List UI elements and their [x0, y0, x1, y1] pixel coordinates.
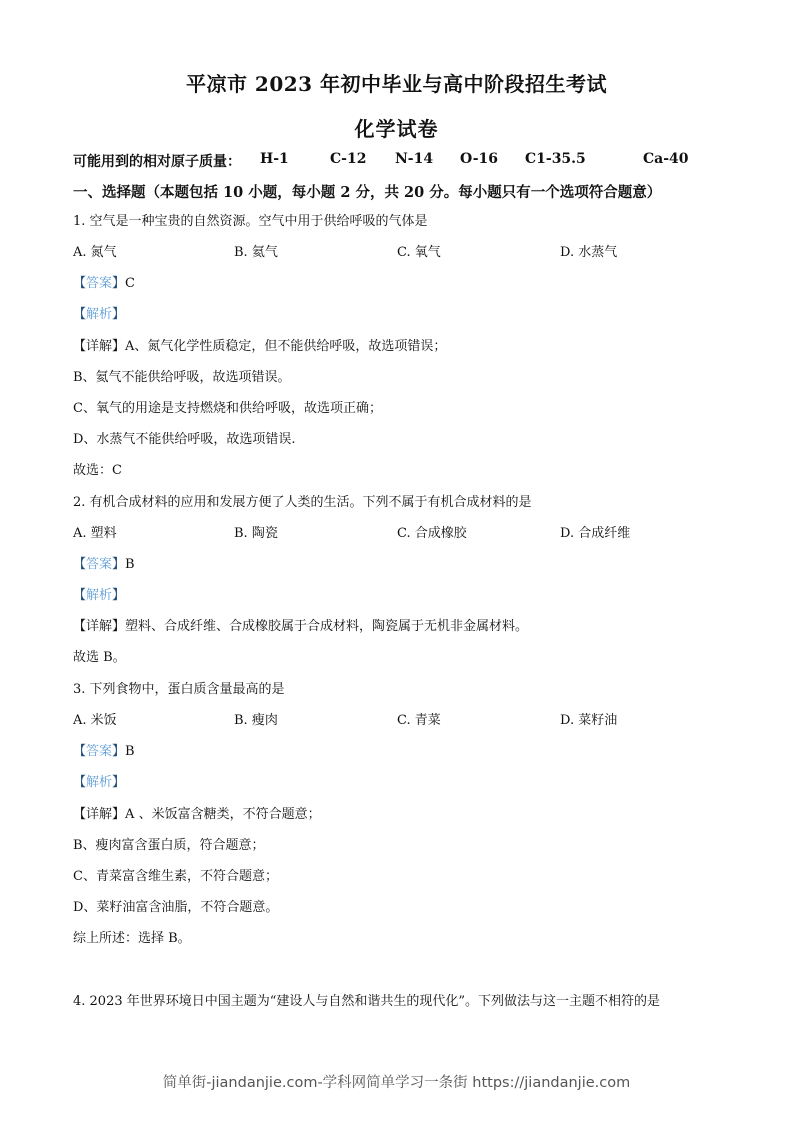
answer-value: B: [125, 557, 135, 572]
question-1-answer: 【答案】C: [73, 275, 135, 293]
atomic-mass-n: N-14: [395, 151, 433, 167]
atomic-mass-ca: Ca-40: [643, 151, 689, 167]
atomic-mass-h: H-1: [260, 151, 289, 167]
question-1-option-a: A. 氮气: [73, 244, 117, 262]
question-1-conclusion: 故选：C: [73, 462, 122, 480]
atomic-mass-o: O-16: [460, 151, 498, 167]
question-1-option-c: C. 氧气: [397, 244, 441, 262]
question-3-analysis-label: 【解析】: [73, 774, 125, 792]
question-3-detail-line: 【详解】A 、米饭富含糖类，不符合题意；: [73, 806, 321, 824]
question-3-option-b: B. 瘦肉: [234, 712, 278, 730]
atomic-masses-label: 可能用到的相对原子质量：: [73, 151, 241, 171]
question-3-option-a: A. 米饭: [73, 712, 117, 730]
question-1-detail-line: B、氦气不能供给呼吸，故选项错误。: [73, 369, 291, 387]
answer-value: B: [125, 744, 135, 759]
question-1-detail-line: 【详解】A、氮气化学性质稳定，但不能供给呼吸，故选项错误；: [73, 338, 446, 356]
page-subtitle: 化学试卷: [0, 113, 793, 142]
question-2-stem: 2. 有机合成材料的应用和发展方便了人类的生活。下列不属于有机合成材料的是: [73, 494, 532, 512]
question-3-conclusion: 综上所述：选择 B。: [73, 930, 191, 948]
question-2-analysis-label: 【解析】: [73, 587, 125, 605]
exam-page: 平凉市 2023 年初中毕业与高中阶段招生考试 化学试卷 可能用到的相对原子质量…: [0, 0, 793, 1122]
question-2-option-c: C. 合成橡胶: [397, 525, 467, 543]
section-heading: 一、选择题（本题包括 10 小题，每小题 2 分，共 20 分。每小题只有一个选…: [73, 181, 661, 202]
atomic-mass-cl: C1-35.5: [525, 151, 586, 167]
question-2-answer: 【答案】B: [73, 556, 135, 574]
question-1-option-d: D. 水蒸气: [560, 244, 617, 262]
page-title: 平凉市 2023 年初中毕业与高中阶段招生考试: [0, 68, 793, 97]
question-2-option-a: A. 塑料: [73, 525, 117, 543]
question-3-detail-line: D、菜籽油富含油脂，不符合题意。: [73, 899, 278, 917]
question-1-detail-line: C、氧气的用途是支持燃烧和供给呼吸，故选项正确；: [73, 400, 382, 418]
question-2-option-b: B. 陶瓷: [234, 525, 278, 543]
question-1-stem: 1. 空气是一种宝贵的自然资源。空气中用于供给呼吸的气体是: [73, 213, 428, 231]
question-1-option-b: B. 氦气: [234, 244, 278, 262]
question-3-detail-line: B、瘦肉富含蛋白质，符合题意；: [73, 837, 265, 855]
question-3-option-c: C. 青菜: [397, 712, 441, 730]
atomic-mass-c: C-12: [330, 151, 366, 167]
question-4-stem: 4. 2023 年世界环境日中国主题为“建设人与自然和谐共生的现代化”。下列做法…: [73, 993, 660, 1011]
question-2-option-d: D. 合成纤维: [560, 525, 630, 543]
question-2-detail-line: 【详解】塑料、合成纤维、合成橡胶属于合成材料，陶瓷属于无机非金属材料。: [73, 618, 528, 636]
question-1-detail-line: D、水蒸气不能供给呼吸，故选项错误.: [73, 431, 296, 449]
answer-value: C: [125, 276, 135, 291]
question-3-detail-line: C、青菜富含维生素，不符合题意；: [73, 868, 278, 886]
question-3-stem: 3. 下列食物中，蛋白质含量最高的是: [73, 681, 285, 699]
footer-watermark: 简单街-jiandanjie.com-学科网简单学习一条街 https://ji…: [0, 1071, 793, 1092]
question-2-conclusion: 故选 B。: [73, 649, 126, 667]
question-3-answer: 【答案】B: [73, 743, 135, 761]
question-3-option-d: D. 菜籽油: [560, 712, 617, 730]
question-1-analysis-label: 【解析】: [73, 306, 125, 324]
